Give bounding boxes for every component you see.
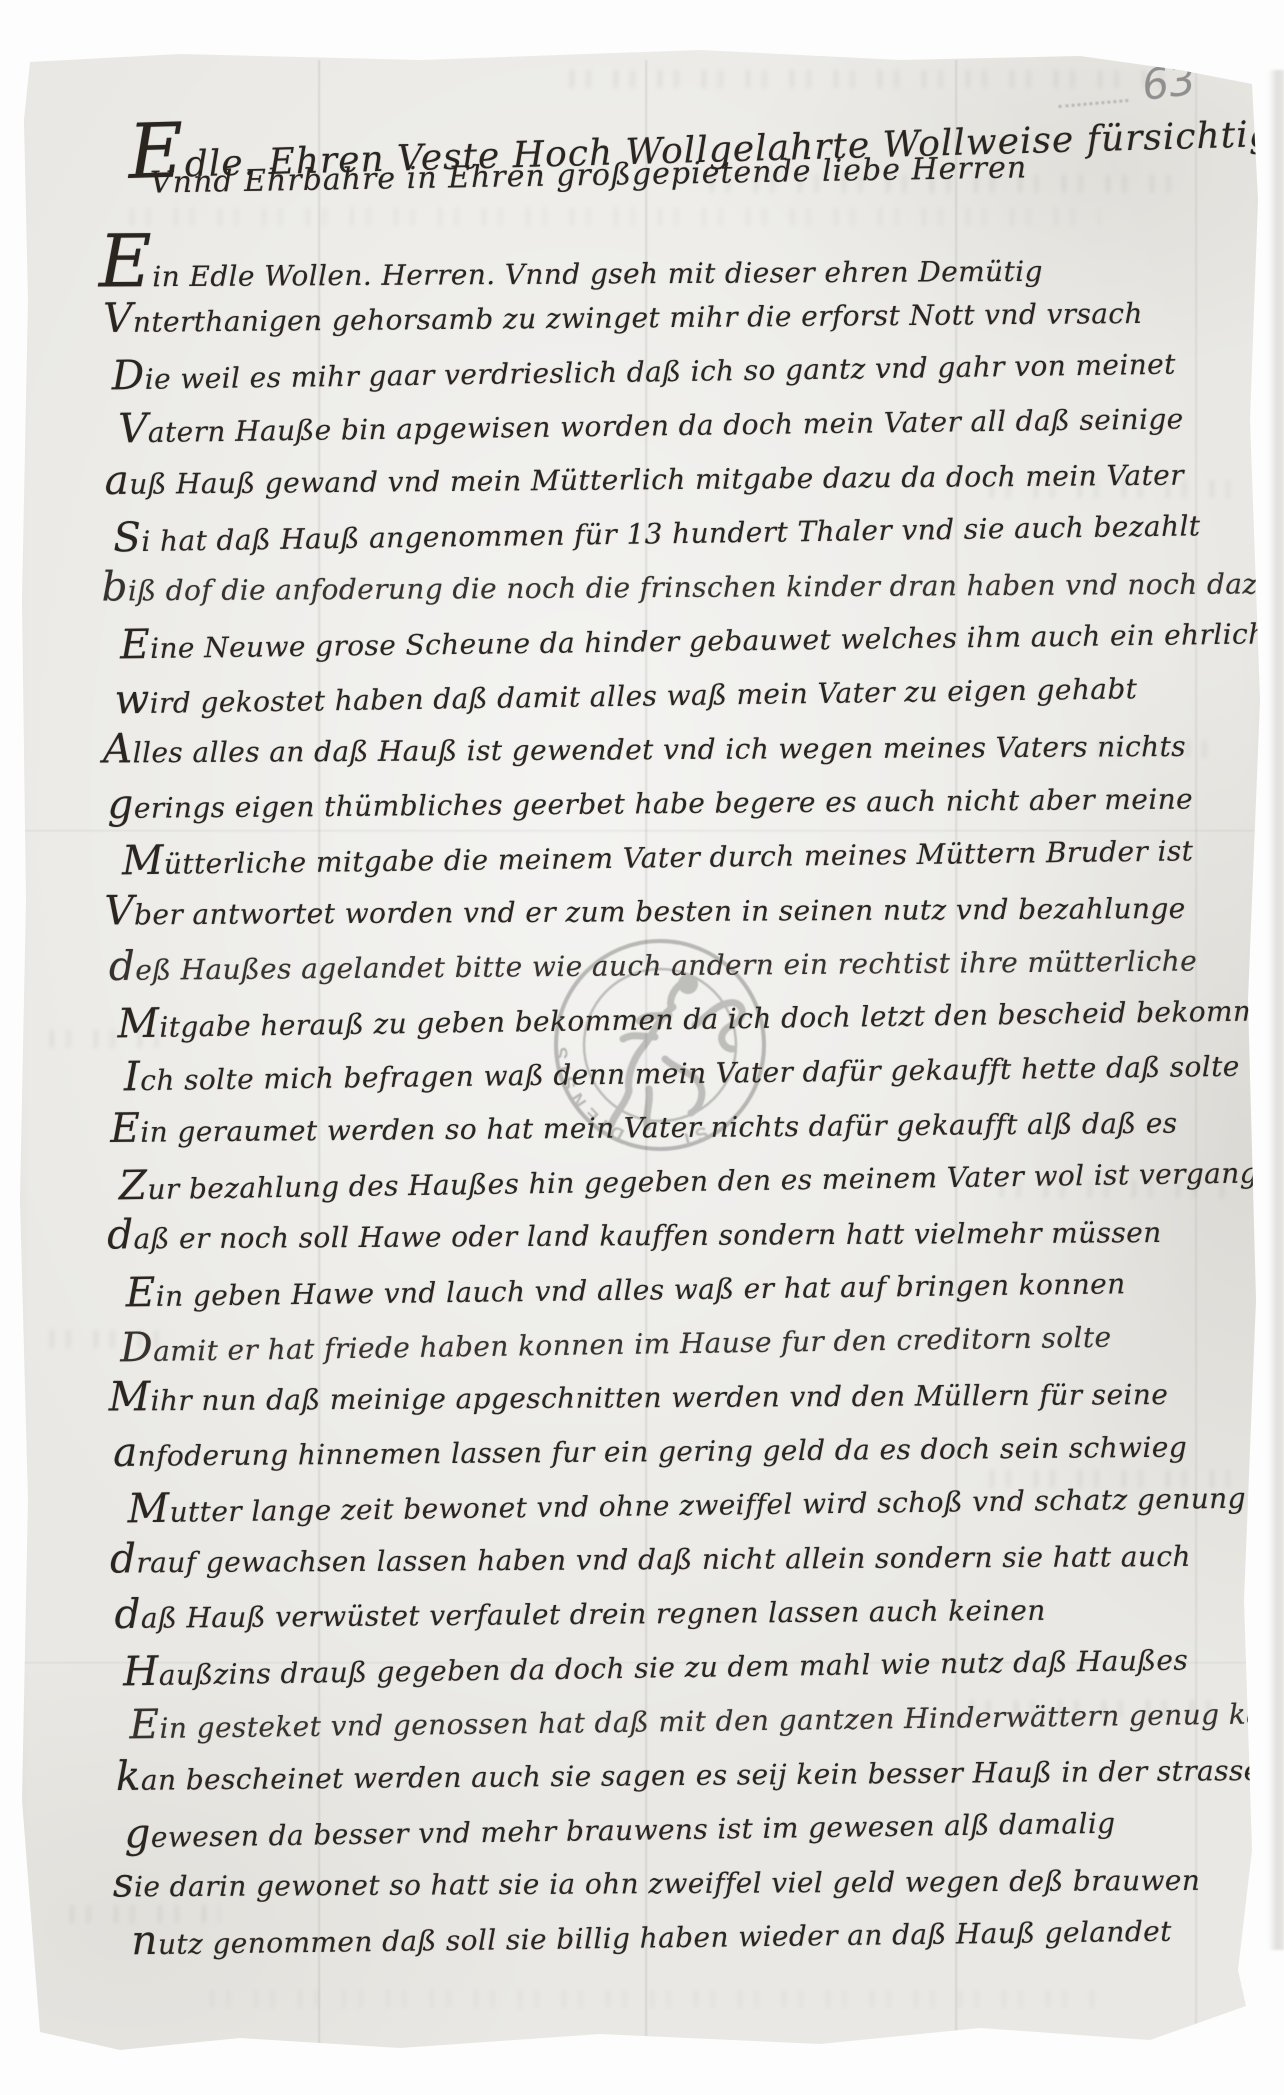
body-text: Ein Edle Wollen. Herren. Vnnd gseh mit d… — [102, 227, 1257, 1965]
text-line: Alles alles an daß Hauß ist gewendet vnd… — [103, 715, 1243, 776]
text-line: Mihr nun daß meinige apgeschnitten werde… — [108, 1363, 1248, 1424]
verso-bleedthrough — [200, 1990, 1100, 2008]
text-line: nutz genommen daß soll sie billig haben … — [131, 1898, 1272, 1967]
text-line: Vber antwortet worden vnd er zum besten … — [104, 877, 1244, 938]
manuscript-scan: DIENSIS SI 63 Edle. Ehren Veste Hoch Wo — [0, 0, 1284, 2095]
text-line: Ein Edle Wollen. Herren. Vnnd gseh mit d… — [99, 229, 1239, 290]
text-line: drauf gewachsen lassen haben vnd daß nic… — [110, 1525, 1250, 1586]
adjacent-page-edge — [1268, 70, 1284, 1950]
verso-bleedthrough — [120, 208, 1100, 226]
manuscript-page: DIENSIS SI 63 Edle. Ehren Veste Hoch Wo — [0, 0, 1284, 2095]
